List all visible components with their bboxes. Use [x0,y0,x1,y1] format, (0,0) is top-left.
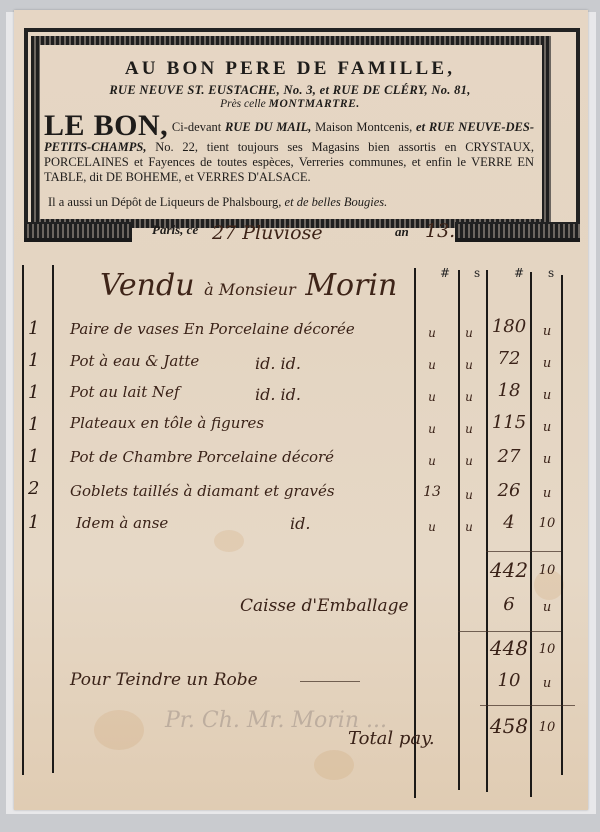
item-qty: 1 [28,318,39,339]
rule-qty [52,265,54,773]
item-ditto: id. id. [255,385,301,404]
item-unit-sous: u [455,422,483,436]
item-description: Plateaux en tôle à figures [70,414,264,432]
item-sous: u [533,486,561,501]
item-livres: 4 [488,512,530,533]
item-qty: 2 [28,478,39,499]
packing-sous: u [533,600,561,615]
item-unit-sous: u [455,520,483,534]
item-unit-livres: u [414,390,450,404]
item-qty: 1 [28,350,39,371]
item-livres: 180 [488,316,530,337]
item-unit-sous: u [455,390,483,404]
item-description: Paire de vases En Porcelaine décorée [70,320,355,338]
item-sous: u [533,356,561,371]
depot-text-italic: et de belles Bougies. [285,195,388,209]
ornament-band-left [24,222,132,242]
depot-line: Il a aussi un Dépôt de Liqueurs de Phals… [48,195,538,210]
item-livres: 18 [488,380,530,401]
item-unit-sous: u [455,454,483,468]
item-unit-livres: u [414,520,450,534]
item-qty: 1 [28,382,39,403]
item-ditto: id. [290,514,310,533]
foxing-stain [94,710,144,750]
subtotal-1-sous: 10 [533,563,561,578]
item-unit-livres: u [414,326,450,340]
item-unit-sous: u [455,358,483,372]
near-prefix: Près celle [220,98,266,110]
rule-right-margin [561,275,563,775]
sold-to-prefix: Vendu [100,268,195,303]
item-livres: 115 [488,412,530,433]
subtotal-line [486,551,561,552]
item-description: Goblets taillés à diamant et gravés [70,482,335,500]
packing-label: Caisse d'Emballage [240,596,409,616]
col-head-sous-2: s [548,266,554,280]
item-unit-livres: 13 [414,484,450,500]
shop-description: LE BON, Ci-devant RUE DU MAIL, Maison Mo… [44,112,534,185]
col-head-livres-2: # [514,266,524,280]
item-description: Pot à eau & Jatte [70,352,199,370]
item-sous: u [533,420,561,435]
subtotal-2-livres: 448 [488,636,530,660]
proprietor-name: LE BON, [44,109,168,142]
subtotal-1-livres: 442 [488,558,530,582]
item-livres: 27 [488,446,530,467]
item-description: Idem à anse [76,514,168,532]
item-sous: u [533,388,561,403]
near-place: MONTMARTRE. [269,98,360,110]
total-sous: 10 [533,720,561,735]
item-ditto: id. id. [255,354,301,373]
dateline-an: an [395,224,409,240]
subtotal-line [458,631,561,632]
customer-name: Morin [305,268,397,303]
item-description: Pot de Chambre Porcelaine décoré [70,448,334,466]
item-sous: u [533,452,561,467]
total-label: Total pay. [348,728,435,749]
item-description: Pot au lait Nef [70,383,180,401]
item-livres: 26 [488,480,530,501]
dye-robe-label: Pour Teindre un Robe [70,670,258,690]
shop-name: AU BON PERE DE FAMILLE, [40,58,540,80]
rule-left-margin [22,265,24,775]
col-head-sous-1: s [474,266,480,280]
date-handwritten: 27 Pluviose [212,222,323,244]
item-livres: 72 [488,348,530,369]
dateline-prefix: Paris, ce [152,222,198,237]
item-unit-livres: u [414,422,450,436]
sold-to-line: Vendu à Monsieur Morin [100,268,397,303]
col-head-livres-1: # [440,266,450,280]
item-qty: 1 [28,446,39,467]
item-qty: 1 [28,414,39,435]
depot-text: Il a aussi un Dépôt de Liqueurs de Phals… [48,195,285,209]
total-livres: 458 [488,714,530,738]
item-qty: 1 [28,512,39,533]
body-text: Maison Montcenis, [311,120,416,134]
item-sous: 10 [533,516,561,531]
item-sous: u [533,324,561,339]
foxing-stain [314,750,354,780]
body-text: Ci-devant [168,120,225,134]
item-unit-livres: u [414,454,450,468]
packing-livres: 6 [488,594,530,615]
item-unit-sous: u [455,326,483,340]
body-street: RUE DU MAIL, [225,120,311,134]
dye-robe-livres: 10 [488,670,530,691]
dateline: Paris, ce an [152,222,198,238]
sold-to-mid: à Monsieur [204,280,296,299]
item-unit-sous: u [455,488,483,502]
shop-address: RUE NEUVE ST. EUSTACHE, No. 3, et RUE DE… [40,83,540,98]
fill-line [300,681,360,682]
total-line [480,705,575,706]
subtotal-2-sous: 10 [533,642,561,657]
ornament-band-right [455,222,580,242]
foxing-stain [214,530,244,552]
year-handwritten: 13. [425,220,455,242]
dye-robe-sous: u [533,676,561,691]
rule-sous [530,272,532,797]
item-unit-livres: u [414,358,450,372]
